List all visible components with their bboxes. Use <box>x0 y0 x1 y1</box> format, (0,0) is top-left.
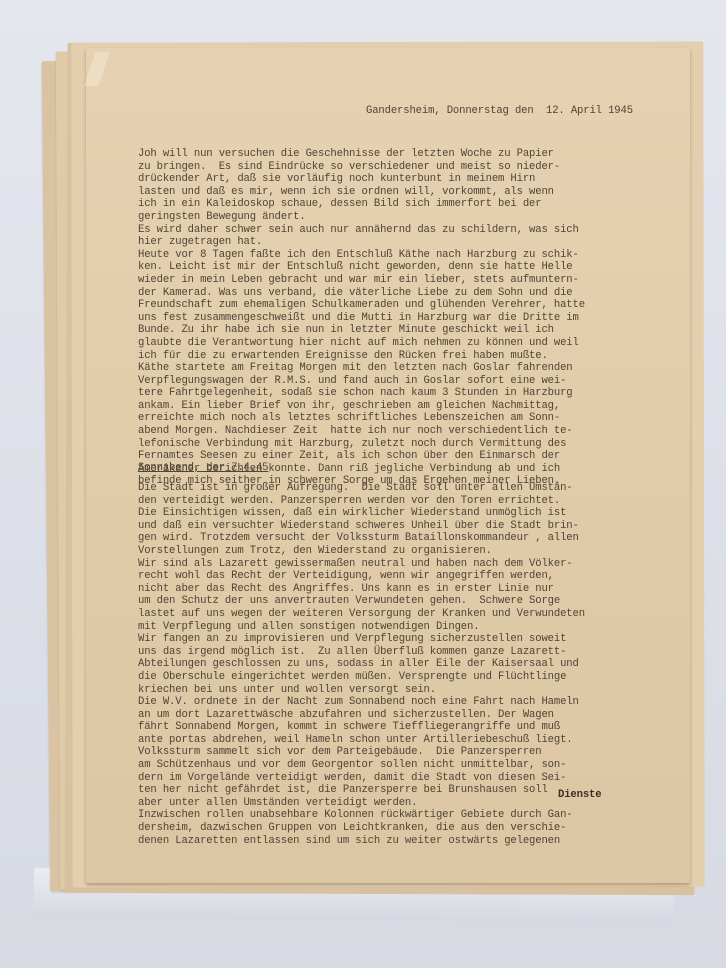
text-line: fährt Sonnabend Morgen, kommt in schwere… <box>138 721 585 734</box>
text-line: ankam. Ein lieber Brief von ihr, geschri… <box>138 400 585 413</box>
text-line: Es wird daher schwer sein auch nur annäh… <box>138 224 585 237</box>
text-line: ken. Leicht ist mir der Entschluß nicht … <box>138 261 585 274</box>
text-line: tere Fahrtgelegenheit, sodaß sie schon n… <box>138 387 585 400</box>
text-line: glaubte die Verantwortung hier nicht auf… <box>138 337 585 350</box>
text-line: drückender Art, daß sie vorläufig noch k… <box>138 173 585 186</box>
handwritten-insert: Dienste <box>558 789 601 802</box>
text-line: Käthe startete am Freitag Morgen mit den… <box>138 362 585 375</box>
text-line: und daß ein versuchter Wiederstand schwe… <box>138 520 585 533</box>
text-line: nicht aber das Recht des Angriffes. Uns … <box>138 583 585 596</box>
text-line: erreichte mich noch als letztes schriftl… <box>138 412 585 425</box>
text-line: hier zugetragen hat. <box>138 236 585 249</box>
text-line: kriechen bei uns unter und wollen versor… <box>138 684 585 697</box>
text-line: Fernamtes Seesen zu einer Zeit, als ich … <box>138 450 585 463</box>
text-line: wieder in mein Leben gebracht und war mi… <box>138 274 585 287</box>
text-line: die Oberschule eingerichtet werden müßen… <box>138 671 585 684</box>
text-line: recht wohl das Recht der Verteidigung, w… <box>138 570 585 583</box>
text-line: dern im Vorgelände verteidigt werden, da… <box>138 772 585 785</box>
text-line: ich für die zu erwartenden Ereignisse de… <box>138 350 585 363</box>
text-line: lefonische Verbindung mit Harzburg, zule… <box>138 438 585 451</box>
section-paragraph: Die Stadt ist in großer Aufregung. Die S… <box>138 482 585 847</box>
folded-corner <box>84 52 109 86</box>
section-heading: Sonnabend, der 7.4.45 <box>138 462 268 475</box>
text-line: uns fest zusammengeschweißt und die Mutt… <box>138 312 585 325</box>
text-line: Vorstellungen zum Trotz, den Wiederstand… <box>138 545 585 558</box>
text-line: Freundschaft zum ehemaligen Schulkamerad… <box>138 299 585 312</box>
text-line: lasten und daß es mir, wenn ich sie ordn… <box>138 186 585 199</box>
text-line: geringsten Bewegung ändert. <box>138 211 585 224</box>
text-line: um den Schutz der uns anvertrauten Verwu… <box>138 595 585 608</box>
text-line: den verteidigt werden. Panzersperren wer… <box>138 495 585 508</box>
text-line: an um dort Lazarettwäsche abzufahren und… <box>138 709 585 722</box>
text-line: der Kamerad. Was uns verband, die väterl… <box>138 287 585 300</box>
text-line: Joh will nun versuchen die Geschehnisse … <box>138 148 585 161</box>
text-line: Heute vor 8 Tagen faßte ich den Entschlu… <box>138 249 585 262</box>
typed-text: Gandersheim, Donnerstag den 12. April 19… <box>138 48 678 136</box>
text-line: aber unter allen Umständen verteidigt we… <box>138 797 585 810</box>
text-line: zu bringen. Es sind Eindrücke so verschi… <box>138 161 585 174</box>
text-line: Wir fangen an zu improvisieren und Verpf… <box>138 633 585 646</box>
text-line: am Schützenhaus und vor dem Georgentor s… <box>138 759 585 772</box>
text-line: gen wird. Trotzdem versucht der Volksstu… <box>138 532 585 545</box>
text-line: Die Einsichtigen wissen, daß ein wirklic… <box>138 507 585 520</box>
text-line: mit Verpflegung und allen sonstigen notw… <box>138 621 585 634</box>
text-line: uns das irgend möglich ist. Zu allen Übe… <box>138 646 585 659</box>
text-line: lastet auf uns wegen der weiteren Versor… <box>138 608 585 621</box>
text-line: Abteilungen geschlossen zu uns, sodass i… <box>138 658 585 671</box>
typed-letter-page: Gandersheim, Donnerstag den 12. April 19… <box>86 48 690 883</box>
text-line: Verpflegungswagen der R.M.S. und fand au… <box>138 375 585 388</box>
text-line: denen Lazaretten entlassen sind um sich … <box>138 835 585 848</box>
text-line: ich in ein Kaleidoskop schaue, dessen Bi… <box>138 198 585 211</box>
text-line: dersheim, dazwischen Gruppen von Leichtk… <box>138 822 585 835</box>
text-line: Volkssturm sammelt sich vor dem Parteige… <box>138 746 585 759</box>
text-line: Wir sind als Lazarett gewissermaßen neut… <box>138 558 585 571</box>
text-line: Bunde. Zu ihr habe ich sie nun in letzte… <box>138 324 585 337</box>
text-line: Inzwischen rollen unabsehbare Kolonnen r… <box>138 809 585 822</box>
text-line: ante portas abdrehen, weil Hameln schon … <box>138 734 585 747</box>
intro-paragraph: Joh will nun versuchen die Geschehnisse … <box>138 148 585 488</box>
dateline: Gandersheim, Donnerstag den 12. April 19… <box>366 105 633 118</box>
text-line: Die W.V. ordnete in der Nacht zum Sonnab… <box>138 696 585 709</box>
text-line: abend Morgen. Nachdieser Zeit hatte ich … <box>138 425 585 438</box>
text-line: Die Stadt ist in großer Aufregung. Die S… <box>138 482 585 495</box>
text-line: ten her nicht gefährdet ist, die Panzers… <box>138 784 585 797</box>
